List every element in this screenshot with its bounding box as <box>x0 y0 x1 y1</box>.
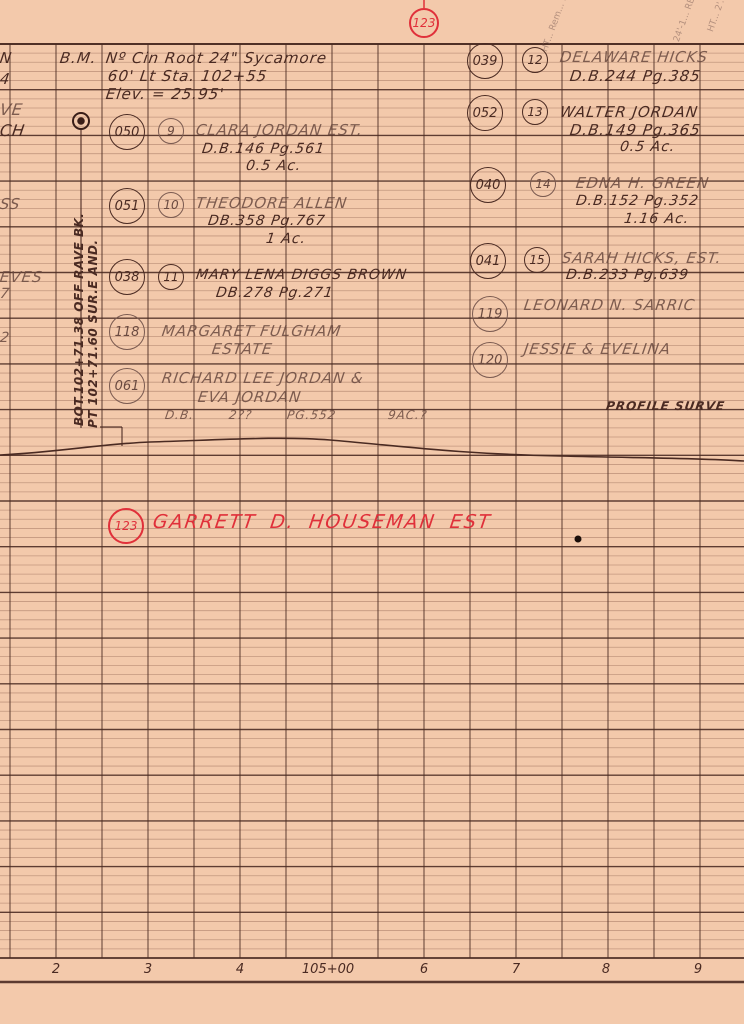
owner-deed: D.B.146 Pg.561 <box>201 141 326 157</box>
owner-area: 1.16 Ac. <box>623 211 691 227</box>
owner-name: MARGARET FULGHAM <box>161 322 343 340</box>
owner-deed: D.B.149 Pg.365 <box>569 121 702 139</box>
profile-survey-label: PROFILE SURVE <box>605 399 726 413</box>
owner-area: 0.5 Ac. <box>245 158 303 174</box>
owner-name: SARAH HICKS, EST. <box>561 249 723 267</box>
owner-area: 0.5 Ac. <box>619 139 677 155</box>
station-label: 9 <box>694 962 702 977</box>
owner-name: RICHARD LEE JORDAN & <box>161 369 365 387</box>
tract-number-circle: 12 <box>522 47 548 73</box>
parcel-number-circle: 050 <box>109 114 145 150</box>
benchmark-label: B.M. <box>59 49 98 67</box>
owner-name: WALTER JORDAN <box>559 103 700 121</box>
owner-deed: DB.358 Pg.767 <box>207 213 327 229</box>
left-edge-fragment: EVES <box>0 268 44 286</box>
owner-deed: D.B.233 Pg.639 <box>565 267 690 283</box>
benchmark-symbol-icon <box>72 112 90 130</box>
parcel-number-circle: 119 <box>472 296 508 332</box>
benchmark-line3: Elev. = 25.95' <box>105 85 226 103</box>
tract-number-circle: 9 <box>158 118 184 144</box>
left-edge-fragment: VE <box>0 100 24 119</box>
owner-name-2: ESTATE <box>211 340 274 358</box>
owner-deed: D.B.244 Pg.385 <box>569 67 702 85</box>
benchmark-line1: Nº Cin Root 24" Sycamore <box>105 49 329 67</box>
owner-area: 1 Ac. <box>265 231 307 247</box>
owner-deed: D.B. 2?? PG.552 <box>164 408 337 422</box>
owner-name: DELAWARE HICKS <box>559 48 709 66</box>
station-label: 4 <box>236 962 244 977</box>
parcel-number-circle: 039 <box>467 43 503 79</box>
owner-name-2: EVA JORDAN <box>197 388 303 406</box>
parcel-number-circle: 061 <box>109 368 145 404</box>
parcel-number-circle: 051 <box>109 188 145 224</box>
parcel-marker-top: 123 <box>409 8 439 38</box>
tract-number-circle: 10 <box>158 192 184 218</box>
parcel-number-circle: 041 <box>470 243 506 279</box>
station-label: 7 <box>512 962 520 977</box>
owner-name: MARY LENA DIGGS BROWN <box>195 267 408 283</box>
owner-name: GARRETT D. HOUSEMAN EST <box>151 511 493 533</box>
station-label: 105+00 <box>302 962 354 977</box>
tract-number-circle: 14 <box>530 171 556 197</box>
owner-deed: D.B.152 Pg.352 <box>575 193 700 209</box>
owner-name: JESSIE & EVELINA <box>523 340 673 358</box>
station-label: 6 <box>420 962 428 977</box>
tract-number-circle: 13 <box>522 99 548 125</box>
benchmark-line2: 60' Lt Sta. 102+55 <box>107 67 269 85</box>
left-edge-fragment: CH <box>0 121 27 140</box>
owner-name: LEONARD N. SARRIC <box>523 296 697 314</box>
parcel-number-circle: 038 <box>109 259 145 295</box>
station-label: 3 <box>144 962 152 977</box>
station-label: 2 <box>52 962 60 977</box>
tract-number-circle: 11 <box>158 264 184 290</box>
tract-number-circle: 15 <box>524 247 550 273</box>
station-label: 8 <box>602 962 610 977</box>
owner-area: 9AC.? <box>387 408 428 422</box>
parcel-number-circle: 123 <box>108 508 144 544</box>
owner-name: EDNA H. GREEN <box>575 174 711 192</box>
owner-deed: DB.278 Pg.271 <box>215 285 335 301</box>
parcel-number-circle: 052 <box>467 95 503 131</box>
parcel-number-circle: 118 <box>109 314 145 350</box>
owner-name: CLARA JORDAN EST. <box>195 121 365 139</box>
vertical-note-2: PT 102+71.60 SUR.E AND. <box>86 239 100 428</box>
parcel-number-circle: 040 <box>470 167 506 203</box>
parcel-number-circle: 120 <box>472 342 508 378</box>
left-edge-fragment: SS <box>0 195 22 213</box>
owner-name: THEODORE ALLEN <box>195 194 349 212</box>
vertical-note-1: BOT.102+71.38 OFF RAVE BK. <box>72 213 86 426</box>
